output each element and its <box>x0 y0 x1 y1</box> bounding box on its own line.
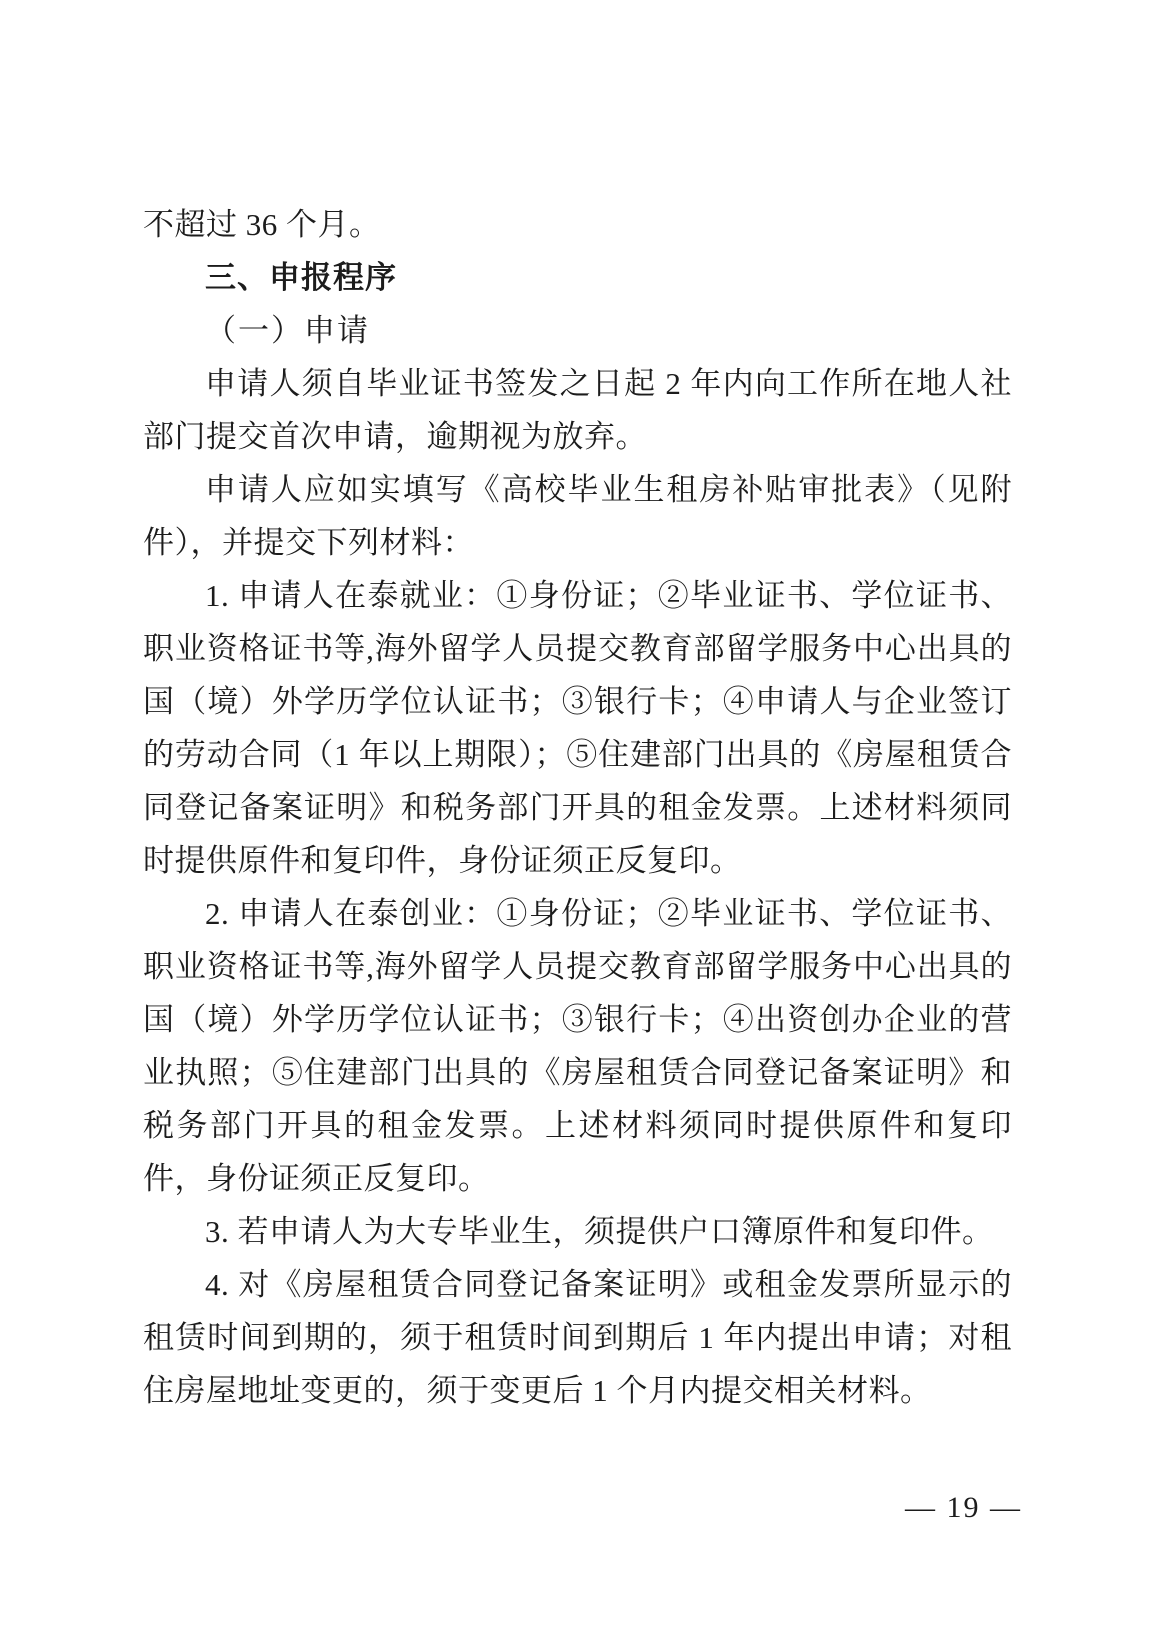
paragraph-item-4-lease-expiry-rules: 4. 对《房屋租赁合同登记备案证明》或租金发票所显示的租赁时间到期的，须于租赁时… <box>143 1258 1012 1417</box>
paragraph-item-1-employment-materials: 1. 申请人在泰就业：①身份证；②毕业证书、学位证书、职业资格证书等,海外留学人… <box>143 569 1012 887</box>
section-heading-declaration-procedure: 三、申报程序 <box>143 251 1012 304</box>
subsection-heading-application: （一）申请 <box>143 304 1012 357</box>
paragraph-item-2-entrepreneurship-materials: 2. 申请人在泰创业：①身份证；②毕业证书、学位证书、职业资格证书等,海外留学人… <box>143 887 1012 1205</box>
paragraph-item-3-hukou-requirement: 3. 若申请人为大专毕业生，须提供户口簿原件和复印件。 <box>143 1205 1012 1258</box>
paragraph-form-filling: 申请人应如实填写《高校毕业生租房补贴审批表》（见附件），并提交下列材料： <box>143 463 1012 569</box>
document-page: 不超过 36 个月。 三、申报程序 （一）申请 申请人须自毕业证书签发之日起 2… <box>0 0 1158 1637</box>
page-number: — 19 — <box>905 1488 1022 1528</box>
paragraph-duration-continuation: 不超过 36 个月。 <box>143 198 1012 251</box>
document-body: 不超过 36 个月。 三、申报程序 （一）申请 申请人须自毕业证书签发之日起 2… <box>143 198 1012 1417</box>
paragraph-application-deadline: 申请人须自毕业证书签发之日起 2 年内向工作所在地人社部门提交首次申请，逾期视为… <box>143 357 1012 463</box>
